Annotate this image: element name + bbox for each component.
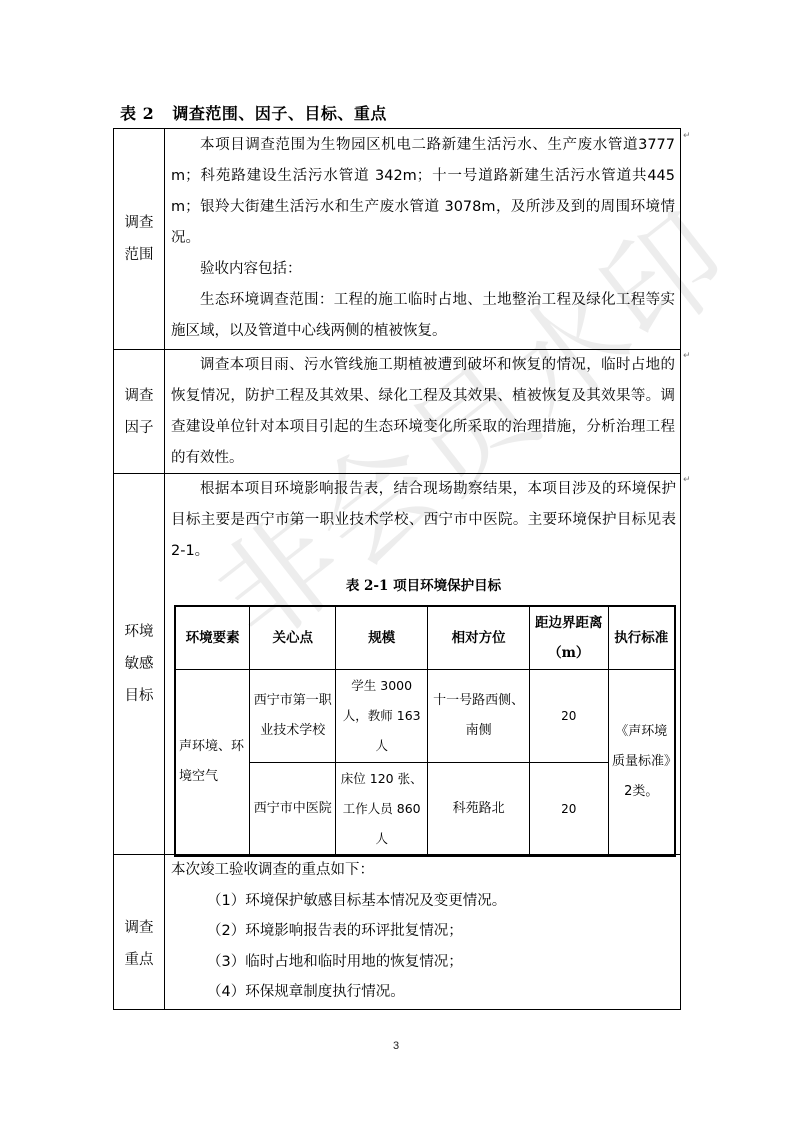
- content-scope: 本项目调查范围为生物园区机电二路新建生活污水、生产废水管道3777m；科苑路建设…: [165, 129, 680, 349]
- return-mark-icon: ↵: [683, 351, 691, 361]
- cell-direction: 十一号路西侧、南侧: [428, 670, 530, 763]
- row-focus: 调查重点 本次竣工验收调查的重点如下： （1）环境保护敏感目标基本情况及变更情况…: [114, 854, 680, 1009]
- focus-item-1: （1）环境保护敏感目标基本情况及变更情况。: [171, 886, 675, 917]
- protection-table-caption: 表 2-1 项目环境保护目标: [171, 571, 676, 601]
- label-text: 调查因子: [121, 380, 157, 444]
- col-header-standard: 执行标准: [608, 606, 675, 670]
- col-header-distance: 距边界距离（m）: [530, 606, 608, 670]
- cell-scale: 学生 3000人，教师 163人: [336, 670, 428, 763]
- scope-paragraph-3: 生态环境调查范围：工程的施工临时占地、土地整治工程及绿化工程等实施区域，以及管道…: [171, 285, 675, 347]
- focus-intro: 本次竣工验收调查的重点如下：: [171, 855, 675, 886]
- cell-scale: 床位 120 张、工作人员 860人: [336, 763, 428, 856]
- targets-paragraph: 根据本项目环境影响报告表，结合现场勘察结果，本项目涉及的环境保护目标主要是西宁市…: [171, 474, 676, 567]
- focus-item-4: （4）环保规章制度执行情况。: [171, 977, 675, 1008]
- cell-standard: 《声环境质量标准》2类。: [608, 670, 675, 856]
- cell-point: 西宁市第一职业技术学校: [250, 670, 336, 763]
- focus-item-3: （3）临时占地和临时用地的恢复情况；: [171, 947, 675, 978]
- col-header-point: 关心点: [250, 606, 336, 670]
- row-scope: 调查范围 本项目调查范围为生物园区机电二路新建生活污水、生产废水管道3777m；…: [114, 129, 680, 349]
- cell-distance: 20: [530, 763, 608, 856]
- content-factors: 调查本项目雨、污水管线施工期植被遭到破坏和恢复的情况，临时占地的恢复情况，防护工…: [165, 350, 680, 473]
- table-header-row: 环境要素 关心点 规模 相对方位 距边界距离（m） 执行标准: [175, 606, 675, 670]
- row-targets: 环境敏感目标 根据本项目环境影响报告表，结合现场勘察结果，本项目涉及的环境保护目…: [114, 473, 680, 854]
- table-row: 西宁市中医院 床位 120 张、工作人员 860人 科苑路北 20: [175, 763, 675, 856]
- factors-paragraph: 调查本项目雨、污水管线施工期植被遭到破坏和恢复的情况，临时占地的恢复情况，防护工…: [171, 350, 675, 474]
- label-text: 环境敏感目标: [121, 616, 157, 712]
- page-title: 表 2 调查范围、因子、目标、重点: [120, 101, 387, 124]
- col-header-element: 环境要素: [175, 606, 250, 670]
- page-number: 3: [393, 1040, 399, 1052]
- return-mark-icon: ↵: [683, 131, 691, 141]
- row-factors: 调查因子 调查本项目雨、污水管线施工期植被遭到破坏和恢复的情况，临时占地的恢复情…: [114, 349, 680, 473]
- cell-point: 西宁市中医院: [250, 763, 336, 856]
- col-header-scale: 规模: [336, 606, 428, 670]
- row-label-focus: 调查重点: [114, 855, 165, 1009]
- content-focus: 本次竣工验收调查的重点如下： （1）环境保护敏感目标基本情况及变更情况。 （2）…: [165, 855, 680, 1009]
- scope-paragraph-1: 本项目调查范围为生物园区机电二路新建生活污水、生产废水管道3777m；科苑路建设…: [171, 130, 675, 254]
- col-header-direction: 相对方位: [428, 606, 530, 670]
- content-targets: 根据本项目环境影响报告表，结合现场勘察结果，本项目涉及的环境保护目标主要是西宁市…: [165, 474, 680, 854]
- cell-direction: 科苑路北: [428, 763, 530, 856]
- label-text: 调查范围: [121, 207, 157, 271]
- protection-targets-table: 环境要素 关心点 规模 相对方位 距边界距离（m） 执行标准 声环境、环境空气 …: [174, 605, 676, 857]
- scope-paragraph-2: 验收内容包括：: [171, 254, 675, 285]
- table-row: 声环境、环境空气 西宁市第一职业技术学校 学生 3000人，教师 163人 十一…: [175, 670, 675, 763]
- label-text: 调查重点: [121, 912, 157, 976]
- row-label-factors: 调查因子: [114, 350, 165, 473]
- survey-table: 调查范围 本项目调查范围为生物园区机电二路新建生活污水、生产废水管道3777m；…: [113, 128, 681, 1010]
- focus-item-2: （2）环境影响报告表的环评批复情况；: [171, 916, 675, 947]
- return-mark-icon: ↵: [683, 475, 691, 485]
- row-label-scope: 调查范围: [114, 129, 165, 349]
- cell-element: 声环境、环境空气: [175, 670, 250, 856]
- cell-distance: 20: [530, 670, 608, 763]
- row-label-targets: 环境敏感目标: [114, 474, 165, 854]
